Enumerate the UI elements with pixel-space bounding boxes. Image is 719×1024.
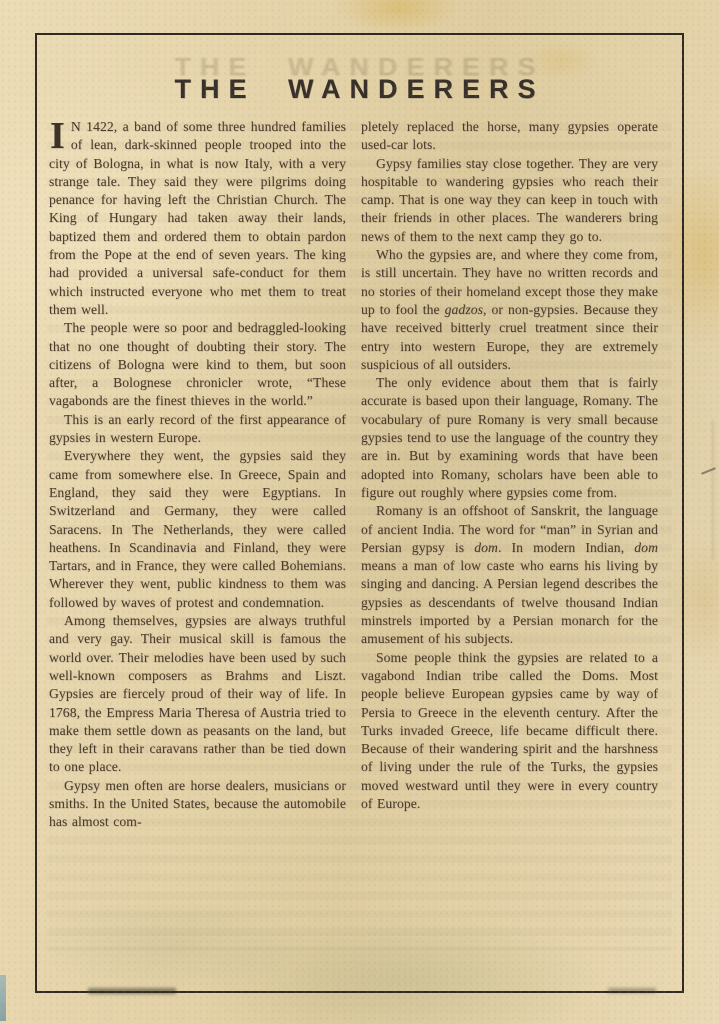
paragraph: Among themselves, gypsies are always tru… bbox=[49, 612, 346, 777]
paragraph: Gypsy families stay close together. They… bbox=[361, 155, 658, 246]
paragraph: Everywhere they went, the gypsies said t… bbox=[49, 447, 346, 612]
paragraph: Romany is an offshoot of Sanskrit, the l… bbox=[361, 502, 658, 648]
paragraph: Who the gypsies are, and where they come… bbox=[361, 246, 658, 374]
text-run: N 1422, a band of some three hundred fam… bbox=[49, 119, 346, 317]
paragraph: The people were so poor and bedraggled-l… bbox=[49, 319, 346, 410]
paragraph: IN 1422, a band of some three hundred fa… bbox=[49, 118, 346, 319]
text-run: The people were so poor and bedraggled-l… bbox=[49, 320, 346, 408]
text-run: Gypsy families stay close together. They… bbox=[361, 156, 658, 244]
text-run: . In modern Indian, bbox=[498, 540, 634, 555]
scan-edge-artifact bbox=[0, 975, 6, 1021]
italic-text-run: dom bbox=[474, 540, 498, 555]
text-run: The only evidence about them that is fai… bbox=[361, 375, 658, 500]
text-column-right: pletely replaced the horse, many gypsies… bbox=[361, 118, 658, 981]
text-run: Among themselves, gypsies are always tru… bbox=[49, 613, 346, 774]
page-title: THE WANDERERS bbox=[37, 74, 682, 105]
text-run: means a man of low caste who earns his l… bbox=[361, 558, 658, 646]
text-run: Some people think the gypsies are relate… bbox=[361, 650, 658, 811]
text-run: Gypsy men often are horse dealers, music… bbox=[49, 778, 346, 830]
text-run: Everywhere they went, the gypsies said t… bbox=[49, 448, 346, 609]
text-column-left: IN 1422, a band of some three hundred fa… bbox=[49, 118, 346, 981]
two-column-text-area: IN 1422, a band of some three hundred fa… bbox=[49, 118, 658, 981]
paragraph: Gypsy men often are horse dealers, music… bbox=[49, 777, 346, 832]
italic-text-run: dom bbox=[634, 540, 658, 555]
scanned-document-page: { "page": { "title": "THE WANDERERS", "c… bbox=[0, 0, 719, 1024]
text-run: pletely replaced the horse, many gypsies… bbox=[361, 119, 658, 152]
margin-pen-mark bbox=[701, 467, 716, 474]
drop-cap: I bbox=[49, 118, 71, 152]
text-run: This is an early record of the first app… bbox=[49, 412, 346, 445]
paragraph: This is an early record of the first app… bbox=[49, 411, 346, 448]
paragraph: Some people think the gypsies are relate… bbox=[361, 649, 658, 814]
page-border-frame: THE WANDERERS THE WANDERERS IN 1422, a b… bbox=[35, 33, 684, 993]
paragraph: pletely replaced the horse, many gypsies… bbox=[361, 118, 658, 155]
paragraph: The only evidence about them that is fai… bbox=[361, 374, 658, 502]
page-fold-line bbox=[712, 420, 714, 560]
italic-text-run: gadzos bbox=[445, 302, 483, 317]
